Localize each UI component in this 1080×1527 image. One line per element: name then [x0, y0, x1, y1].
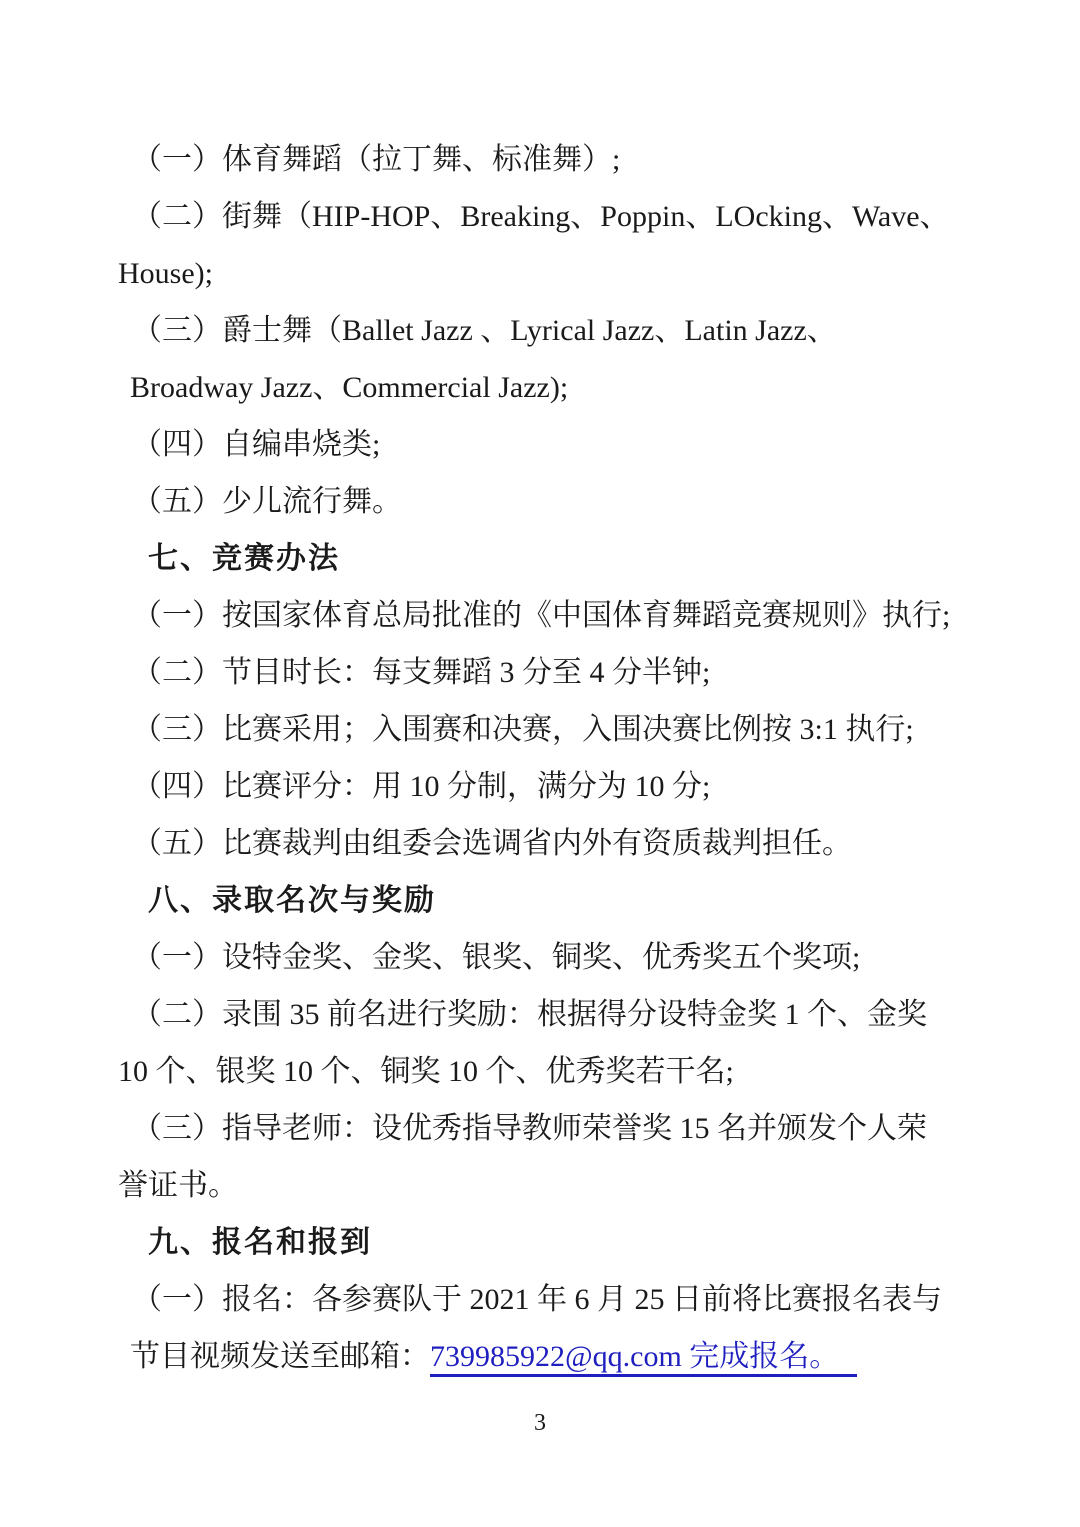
page-number: 3: [0, 1408, 1080, 1438]
doc-line-rule-2: （二）节目时长：每支舞蹈 3 分至 4 分半钟;: [118, 644, 950, 701]
doc-line-award-3b: 誉证书。: [118, 1157, 950, 1214]
section-heading-9-signup: 九、报名和报到: [118, 1214, 950, 1271]
doc-line-rule-3: （三）比赛采用；入围赛和决赛，入围决赛比例按 3:1 执行;: [118, 701, 950, 758]
doc-line-dance-sport: （一）体育舞蹈（拉丁舞、标准舞）;: [118, 131, 950, 188]
doc-line-street-dance-2: House);: [118, 245, 950, 302]
doc-line-jazz: （三）爵士舞（Ballet Jazz 、Lyrical Jazz、Latin J…: [118, 302, 950, 359]
doc-line-award-3: （三）指导老师：设优秀指导教师荣誉奖 15 名并颁发个人荣: [118, 1100, 950, 1157]
signup-line-prefix: 节目视频发送至邮箱：: [130, 1340, 430, 1373]
section-heading-8-awards: 八、录取名次与奖励: [118, 872, 950, 929]
doc-line-jazz-2: Broadway Jazz、Commercial Jazz);: [118, 359, 950, 416]
doc-line-medley: （四）自编串烧类;: [118, 416, 950, 473]
doc-line-award-1: （一）设特金奖、金奖、银奖、铜奖、优秀奖五个奖项;: [118, 929, 950, 986]
document-body: （一）体育舞蹈（拉丁舞、标准舞）; （二）街舞（HIP-HOP、Breaking…: [0, 0, 1080, 1385]
doc-line-signup-2: 节目视频发送至邮箱：739985922@qq.com 完成报名。: [118, 1328, 950, 1385]
doc-line-award-2: （二）录围 35 前名进行奖励：根据得分设特金奖 1 个、金奖: [118, 986, 950, 1043]
doc-line-signup-1: （一）报名：各参赛队于 2021 年 6 月 25 日前将比赛报名表与: [118, 1271, 950, 1328]
document-page: （一）体育舞蹈（拉丁舞、标准舞）; （二）街舞（HIP-HOP、Breaking…: [0, 0, 1080, 1527]
email-link[interactable]: 739985922@qq.com 完成报名。: [430, 1340, 857, 1377]
doc-line-street-dance: （二）街舞（HIP-HOP、Breaking、Poppin、LOcking、Wa…: [118, 188, 950, 245]
doc-line-rule-5: （五）比赛裁判由组委会选调省内外有资质裁判担任。: [118, 815, 950, 872]
doc-line-rule-4: （四）比赛评分：用 10 分制，满分为 10 分;: [118, 758, 950, 815]
section-heading-7-rules: 七、竞赛办法: [118, 530, 950, 587]
doc-line-award-2b: 10 个、银奖 10 个、铜奖 10 个、优秀奖若干名;: [118, 1043, 950, 1100]
doc-line-rule-1: （一）按国家体育总局批准的《中国体育舞蹈竞赛规则》执行;: [118, 587, 950, 644]
doc-line-kids-pop: （五）少儿流行舞。: [118, 473, 950, 530]
